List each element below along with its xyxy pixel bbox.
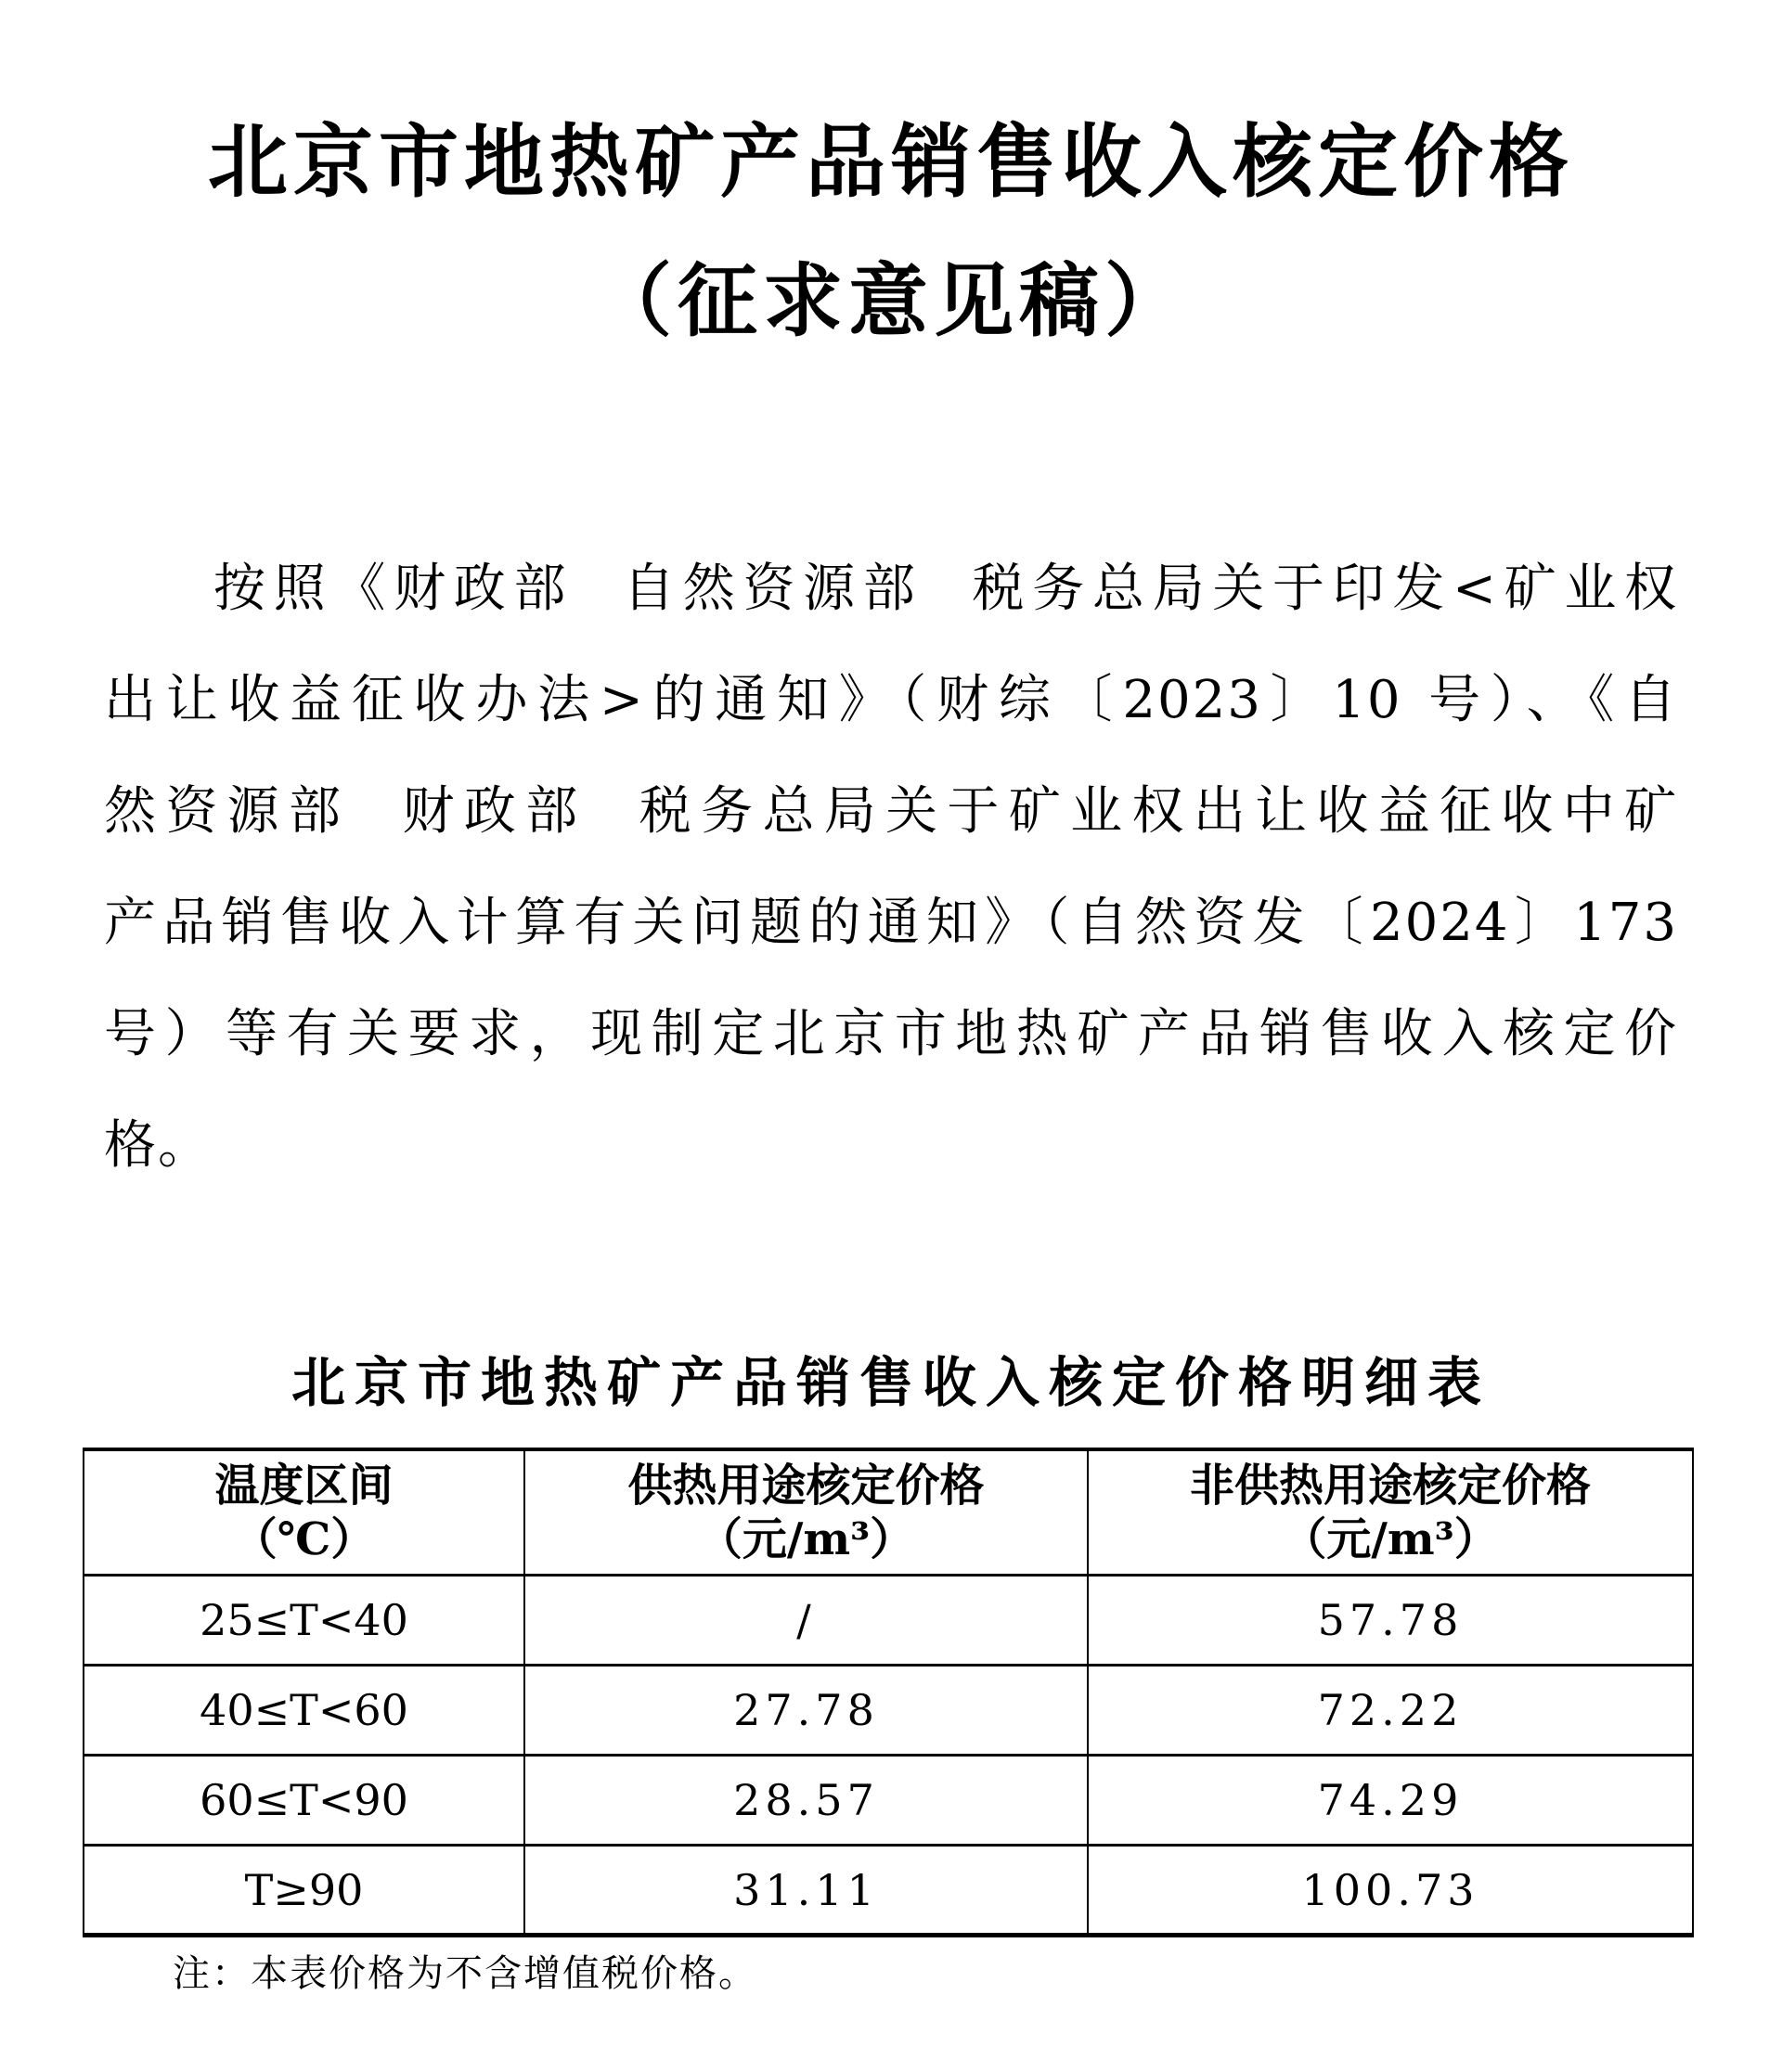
header-non-heating-price-label: 非供热用途核定价格 [1089,1459,1692,1512]
cell-temp-range-2: 40≤T<60 [84,1666,524,1756]
table-row-1: 25≤T<40 / 57.78 [84,1576,1693,1666]
paragraph-line-6: 格。 [104,1090,1678,1202]
price-table-body: 25≤T<40 / 57.78 40≤T<60 27.78 72.22 60≤T… [84,1576,1693,1936]
header-heating-price-label: 供热用途核定价格 [525,1459,1087,1512]
cell-non-heating-price-4: 100.73 [1088,1846,1693,1936]
header-temperature-range-label: 温度区间 [84,1459,523,1512]
header-non-heating-price-unit: （元/m³） [1089,1512,1692,1566]
cell-non-heating-price-1: 57.78 [1088,1576,1693,1666]
paragraph-line-1: 按照《财政部 自然资源部 税务总局关于印发<矿业权 [104,534,1678,645]
header-temperature-range-unit: （℃） [84,1512,523,1566]
cell-non-heating-price-3: 74.29 [1088,1756,1693,1846]
title-line-1: 北京市地热矿产品销售收入核定价格 [0,93,1782,232]
cell-temp-range-3: 60≤T<90 [84,1756,524,1846]
cell-heating-price-1: / [524,1576,1088,1666]
paragraph-line-2: 出让收益征收办法>的通知》（财综〔2023〕10 号）、《自 [104,645,1678,756]
cell-temp-range-4: T≥90 [84,1846,524,1936]
table-title: 北京市地热矿产品销售收入核定价格明细表 [0,1345,1782,1420]
table-row-2: 40≤T<60 27.78 72.22 [84,1666,1693,1756]
table-row-3: 60≤T<90 28.57 74.29 [84,1756,1693,1846]
price-table: 温度区间 （℃） 供热用途核定价格 （元/m³） 非供热用途核定价格 （元/m³… [83,1448,1694,1937]
paragraph-line-5: 号）等有关要求，现制定北京市地热矿产品销售收入核定价 [104,979,1678,1090]
header-heating-price: 供热用途核定价格 （元/m³） [524,1449,1088,1576]
header-non-heating-price: 非供热用途核定价格 （元/m³） [1088,1449,1693,1576]
cell-heating-price-2: 27.78 [524,1666,1088,1756]
title-line-2: （征求意见稿） [0,232,1782,371]
document-title: 北京市地热矿产品销售收入核定价格 （征求意见稿） [0,0,1782,371]
body-paragraph: 按照《财政部 自然资源部 税务总局关于印发<矿业权 出让收益征收办法>的通知》（… [104,534,1678,1202]
cell-temp-range-1: 25≤T<40 [84,1576,524,1666]
table-row-4: T≥90 31.11 100.73 [84,1846,1693,1936]
document-page: 北京市地热矿产品销售收入核定价格 （征求意见稿） 按照《财政部 自然资源部 税务… [0,0,1782,2072]
table-note: 注：本表价格为不含增值税价格。 [173,1949,1782,1999]
paragraph-line-4: 产品销售收入计算有关问题的通知》（自然资发〔2024〕173 [104,868,1678,979]
cell-heating-price-3: 28.57 [524,1756,1088,1846]
cell-heating-price-4: 31.11 [524,1846,1088,1936]
header-temperature-range: 温度区间 （℃） [84,1449,524,1576]
table-header-row: 温度区间 （℃） 供热用途核定价格 （元/m³） 非供热用途核定价格 （元/m³… [84,1449,1693,1576]
cell-non-heating-price-2: 72.22 [1088,1666,1693,1756]
paragraph-line-3: 然资源部 财政部 税务总局关于矿业权出让收益征收中矿 [104,756,1678,868]
header-heating-price-unit: （元/m³） [525,1512,1087,1566]
price-table-head: 温度区间 （℃） 供热用途核定价格 （元/m³） 非供热用途核定价格 （元/m³… [84,1449,1693,1576]
